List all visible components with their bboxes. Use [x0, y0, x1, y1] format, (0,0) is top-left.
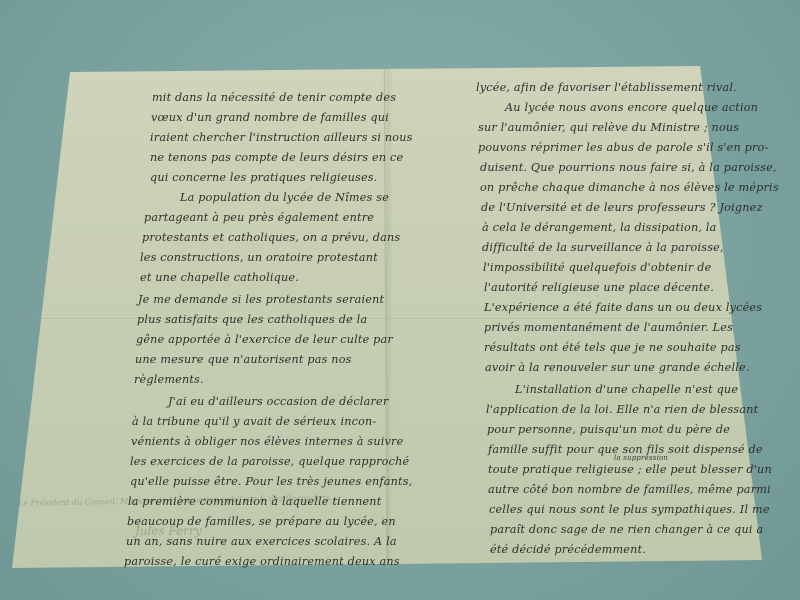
- text-line: on prêche chaque dimanche à nos élèves l…: [480, 178, 779, 198]
- text-line: de l'Université et de leurs professeurs …: [481, 198, 763, 218]
- text-line: à cela le dérangement, la dissipation, l…: [482, 218, 717, 238]
- text-line: pouvons réprimer les abus de parole s'il…: [478, 138, 768, 158]
- text-line: pour personne, puisqu'un mot du père de: [487, 420, 730, 440]
- text-line: lycée, afin de favoriser l'établissement…: [476, 78, 737, 98]
- text-line: L'installation d'une chapelle n'est que: [515, 380, 738, 400]
- text-line: celles qui nous sont le plus sympathique…: [489, 500, 770, 520]
- text-line: l'application de la loi. Elle n'a rien d…: [486, 400, 758, 420]
- text-line: été décidé précédemment.: [490, 540, 646, 560]
- text-line: Au lycée nous avons encore quelque actio…: [505, 98, 758, 118]
- letter-sheet: Le Président du Conseil, Ministre de l'I…: [0, 0, 800, 600]
- text-line: l'autorité religieuse une place décente.: [484, 278, 714, 298]
- text-line: résultats ont été tels que je ne souhait…: [484, 338, 741, 358]
- text-line: l'impossibilité quelquefois d'obtenir de: [483, 258, 711, 278]
- text-line: difficulté de la surveillance à la paroi…: [482, 238, 724, 258]
- text-line: privés momentanément de l'aumônier. Les: [484, 318, 733, 338]
- text-line: paraît donc sage de ne rien changer à ce…: [490, 520, 763, 540]
- text-line: sur l'aumônier, qui relève du Ministre ;…: [478, 118, 739, 138]
- right-page: lycée, afin de favoriser l'établissement…: [0, 0, 800, 600]
- text-line: autre côté bon nombre de familles, même …: [488, 480, 771, 500]
- interlinear-insertion: la suppression: [614, 454, 668, 462]
- text-line: duisent. Que pourrions nous faire si, à …: [480, 158, 777, 178]
- text-line: toute pratique religieuse ; elle peut bl…: [488, 460, 772, 480]
- text-line: L'expérience a été faite dans un ou deux…: [484, 298, 762, 318]
- text-line: avoir à la renouveler sur une grande éch…: [485, 358, 750, 378]
